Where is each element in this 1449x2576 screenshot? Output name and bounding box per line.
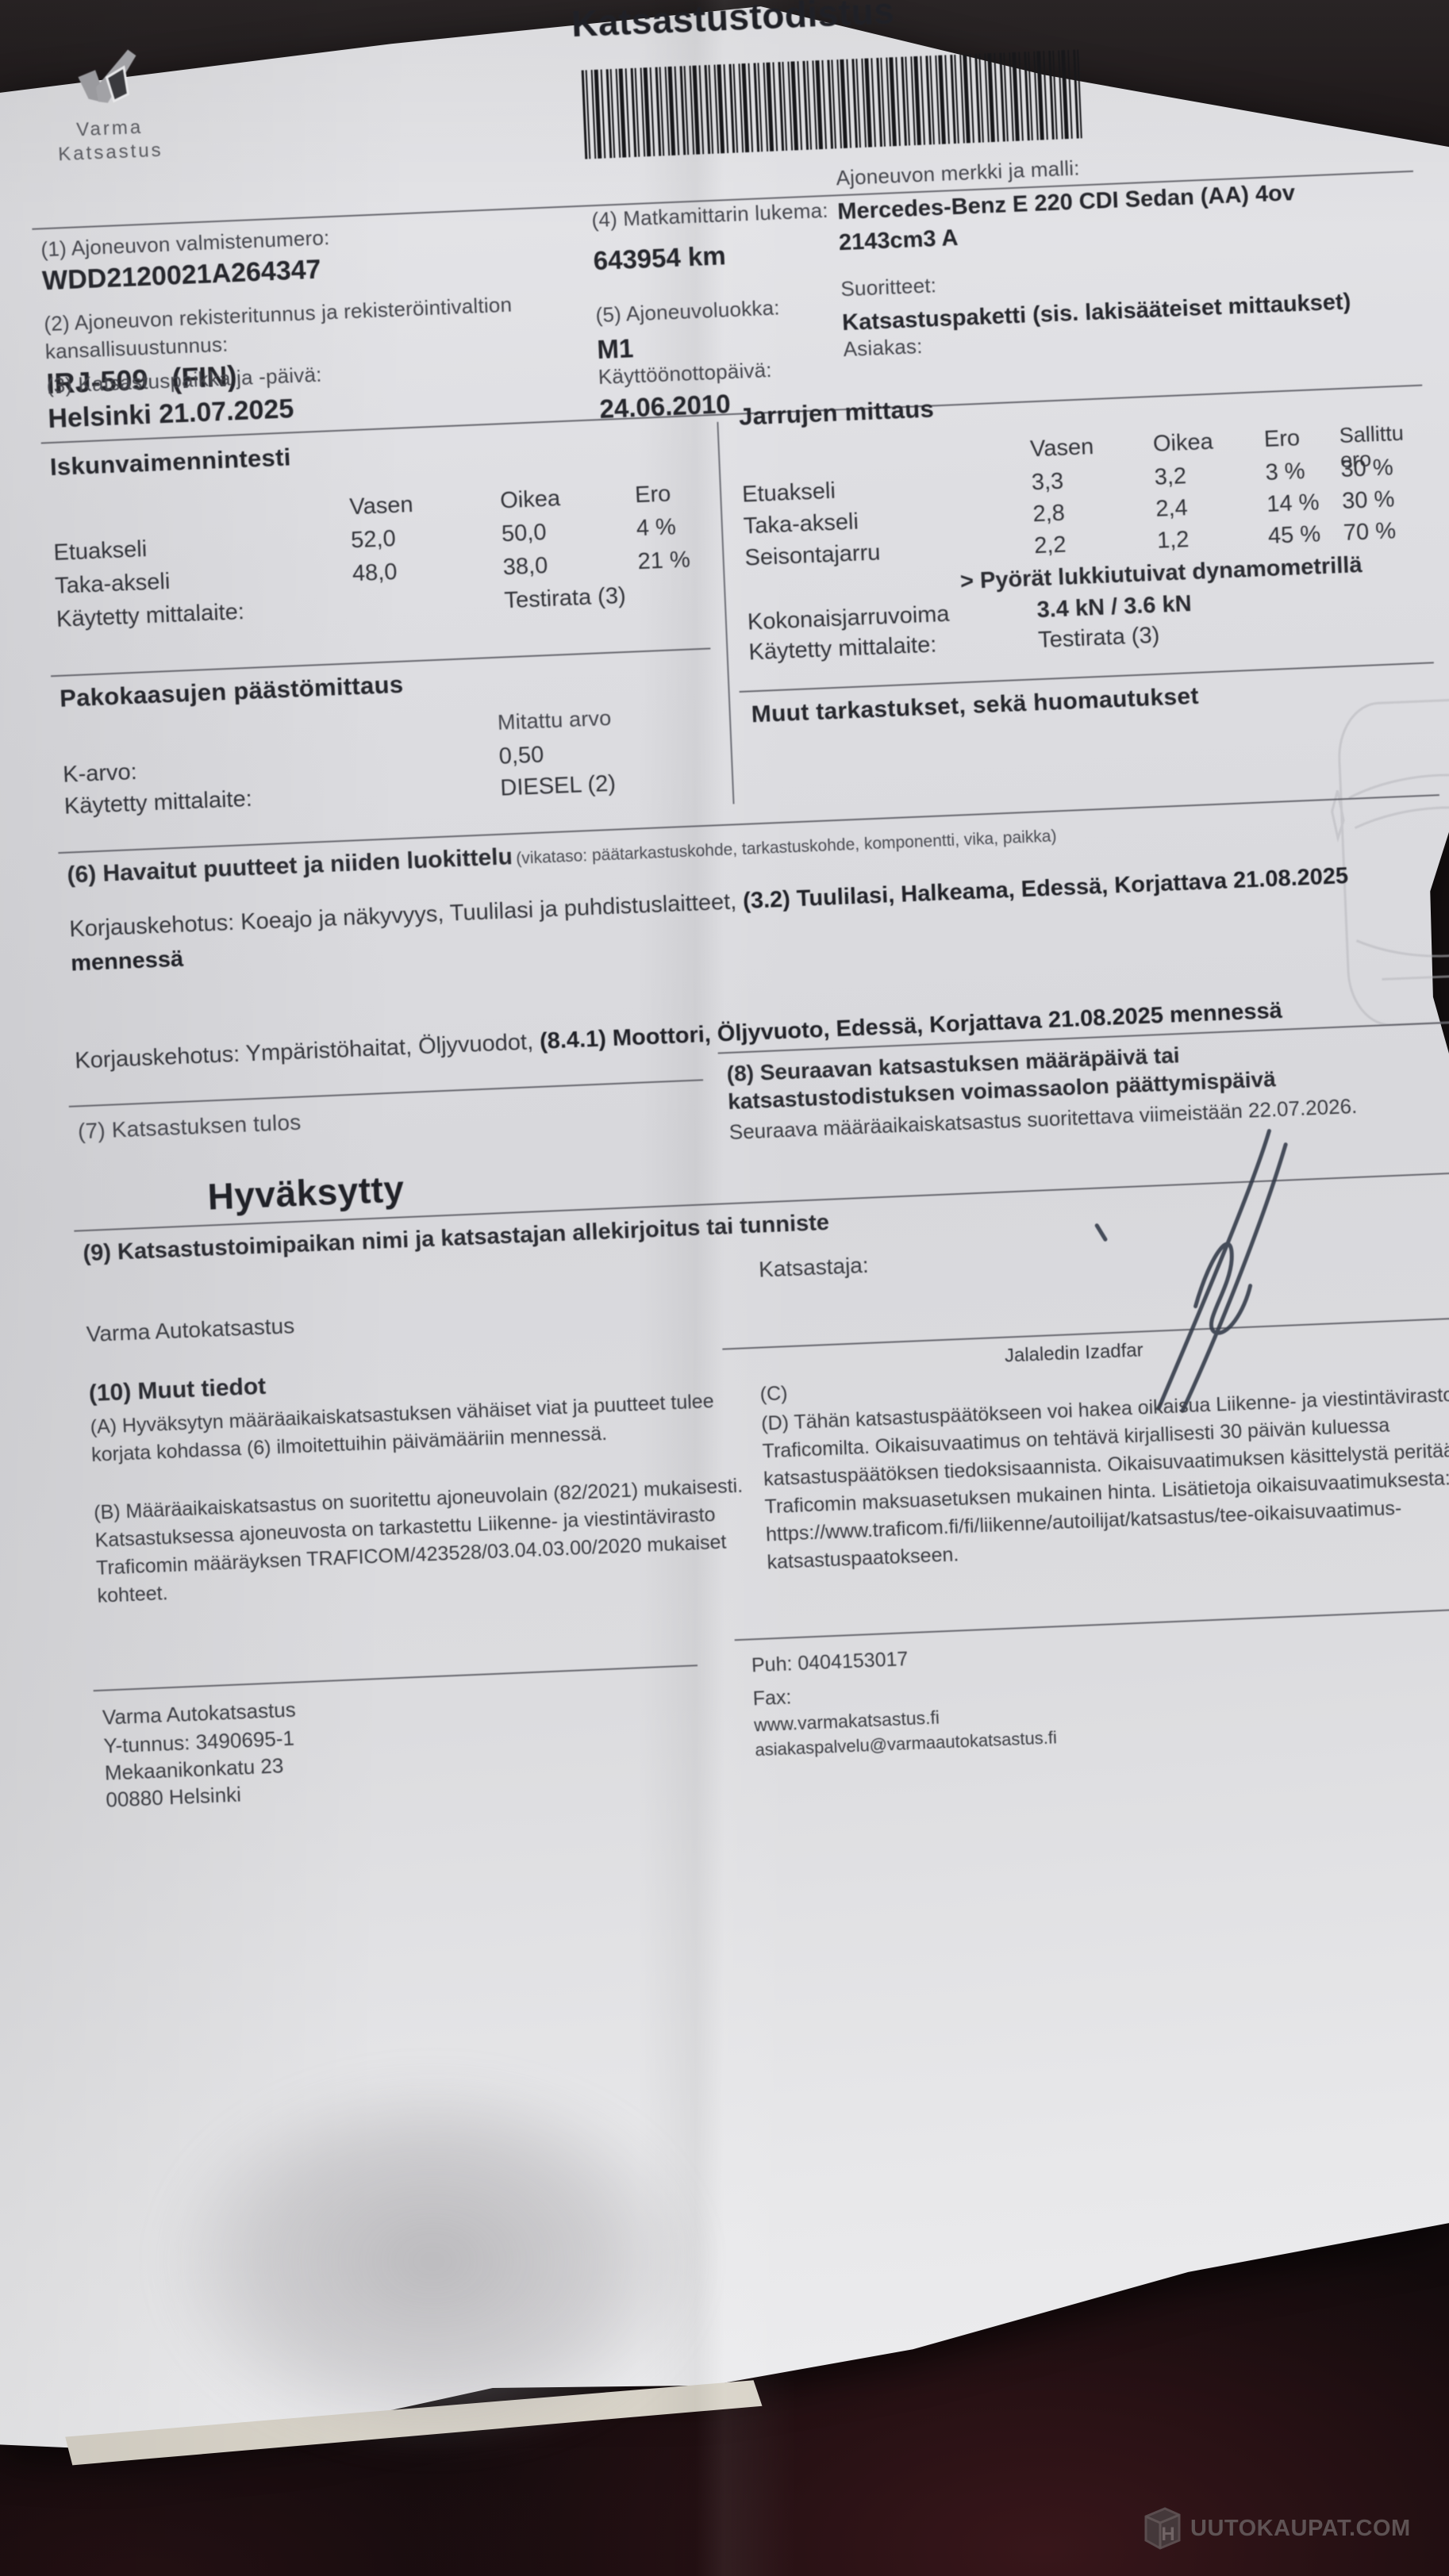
shock-row-value: 52,0: [351, 526, 397, 554]
brake-row-value: 3,3: [1031, 469, 1064, 497]
field-vehicle-class-value: M1: [597, 333, 634, 365]
footer-right-divider: [735, 1608, 1449, 1641]
varma-katsastus-logo-icon: [71, 44, 142, 116]
shock-row-value: 21 %: [637, 547, 690, 575]
brake-row-label: Etuakseli: [742, 478, 836, 509]
paper-shadow-blob: [56, 1999, 809, 2523]
defects-title-note: (vikataso: päätarkastuskohde, tarkastusk…: [516, 827, 1057, 868]
result-divider: [69, 1079, 703, 1107]
other-info-title: (10) Muut tiedot: [88, 1373, 267, 1407]
shock-device-value: Testirata (3): [504, 583, 626, 614]
brake-row-value: 3,2: [1154, 463, 1187, 491]
brake-col-vasen: Vasen: [1029, 434, 1093, 463]
brake-row-value: 2,4: [1155, 495, 1189, 523]
field-registration-label: (2) Ajoneuvon rekisteritunnus ja rekiste…: [44, 290, 537, 366]
footer-fax: Fax:: [752, 1686, 792, 1710]
brake-row-value: 3 %: [1265, 459, 1305, 486]
emissions-device-value: DIESEL (2): [500, 771, 617, 802]
certificate-document: Varma Katsastus Katsastustodistus (1) Aj…: [24, 0, 1449, 1871]
shock-row-value: 48,0: [352, 559, 398, 587]
station-name: Varma Autokatsastus: [86, 1313, 295, 1347]
other-checks-title: Muut tarkastukset, sekä huomautukset: [751, 683, 1199, 729]
other-info-d: (D) Tähän katsastuspäätökseen voi hakea …: [761, 1380, 1449, 1576]
brake-row-value: 70 %: [1343, 518, 1396, 547]
brake-lock-note: > Pyörät lukkiutuivat dynamometrillä: [959, 552, 1363, 595]
huutokaupat-watermark-text: UUTOKAUPAT.COM: [1190, 2516, 1411, 2542]
shock-col-oikea: Oikea: [500, 486, 561, 514]
brake-total-label: Kokonaisjarruvoima: [747, 601, 950, 636]
brake-row-value: 2,2: [1034, 532, 1067, 560]
field-place-date-value: Helsinki 21.07.2025: [48, 394, 294, 435]
huutokaupat-cube-icon: H: [1141, 2505, 1182, 2551]
footer-street: Mekaanikonkatu 23: [104, 1753, 284, 1785]
document-title: Katsastustodistus: [571, 0, 895, 45]
logo-wordmark-line2: Katsastus: [43, 138, 179, 167]
footer-station: Varma Autokatsastus: [102, 1698, 296, 1730]
brake-test-title: Jarrujen mittaus: [738, 394, 934, 431]
brake-device-label: Käytetty mittalaite:: [748, 632, 937, 666]
defect-item-prefix: Korjauskehotus: Ympäristöhaitat, Öljyvuo…: [75, 1029, 540, 1074]
shock-row-label: Etuakseli: [53, 536, 148, 566]
brake-device-value: Testirata (3): [1038, 623, 1160, 654]
huutokaupat-cube-letter: H: [1161, 2524, 1174, 2545]
field-engine-value: 2143cm3 A: [838, 225, 959, 256]
emissions-device-label: Käytetty mittalaite:: [63, 786, 252, 820]
brake-row-value: 2,8: [1032, 501, 1066, 528]
brake-row-value: 1,2: [1156, 527, 1190, 555]
footer-website: www.varmakatsastus.fi: [754, 1707, 940, 1737]
emissions-measured-label: Mitattu arvo: [497, 706, 612, 735]
photo-of-inspection-certificate: Varma Katsastus Katsastustodistus (1) Aj…: [0, 0, 1449, 2576]
brake-col-ero: Ero: [1263, 425, 1300, 453]
result-value: Hyväksytty: [207, 1167, 405, 1218]
emissions-k-label: K-arvo:: [63, 759, 138, 789]
brake-row-value: 30 %: [1342, 486, 1395, 515]
field-vin-value: WDD2120021A264347: [41, 255, 321, 298]
shock-row-label: Taka-akseli: [55, 569, 171, 600]
signature-section-label: (9) Katsastustoimipaikan nimi ja katsast…: [83, 1210, 830, 1267]
field-services-label: Suoritteet:: [840, 273, 937, 301]
defect-item-prefix: Korjauskehotus: Koeajo ja näkyvyys, Tuul…: [69, 889, 744, 942]
shock-row-value: 4 %: [636, 514, 676, 542]
footer-city: 00880 Helsinki: [106, 1782, 242, 1812]
brake-row-label: Seisontajarru: [744, 539, 881, 571]
footer-left-divider: [94, 1664, 698, 1691]
shock-row-value: 38,0: [502, 553, 548, 581]
barcode: [582, 49, 1083, 159]
column-divider: [717, 422, 734, 804]
result-label: (7) Katsastuksen tulos: [77, 1110, 302, 1145]
inspector-label: Katsastaja:: [758, 1253, 869, 1283]
other-info-c: (C): [759, 1380, 788, 1408]
brake-row-value: 14 %: [1266, 489, 1320, 518]
inspector-signature-scrawl: [1069, 1123, 1319, 1426]
field-customer-label: Asiakas:: [843, 334, 923, 362]
shock-col-vasen: Vasen: [349, 492, 413, 520]
footer-phone: Puh: 0404153017: [751, 1648, 908, 1677]
emissions-title: Pakokaasujen päästömittaus: [59, 670, 403, 713]
huutokaupat-watermark: H UUTOKAUPAT.COM: [1141, 2505, 1411, 2551]
brake-col-oikea: Oikea: [1152, 429, 1213, 458]
field-vehicle-class-label: (5) Ajoneuvoluokka:: [595, 295, 780, 328]
shock-test-title: Iskunvaimennintesti: [49, 443, 291, 482]
shock-row-value: 50,0: [501, 520, 547, 547]
emissions-k-value: 0,50: [498, 742, 544, 770]
brake-row-value: 30 %: [1340, 455, 1393, 483]
shock-col-ero: Ero: [634, 481, 671, 509]
field-odometer-value: 643954 km: [593, 240, 726, 276]
brake-total-value: 3.4 kN / 3.6 kN: [1036, 591, 1192, 624]
brake-row-label: Taka-akseli: [743, 509, 859, 540]
brake-row-value: 45 %: [1267, 521, 1320, 550]
shock-device-label: Käytetty mittalaite:: [56, 599, 244, 633]
other-info-b: (B) Määräaikaiskatsastus on suoritettu a…: [94, 1472, 760, 1610]
